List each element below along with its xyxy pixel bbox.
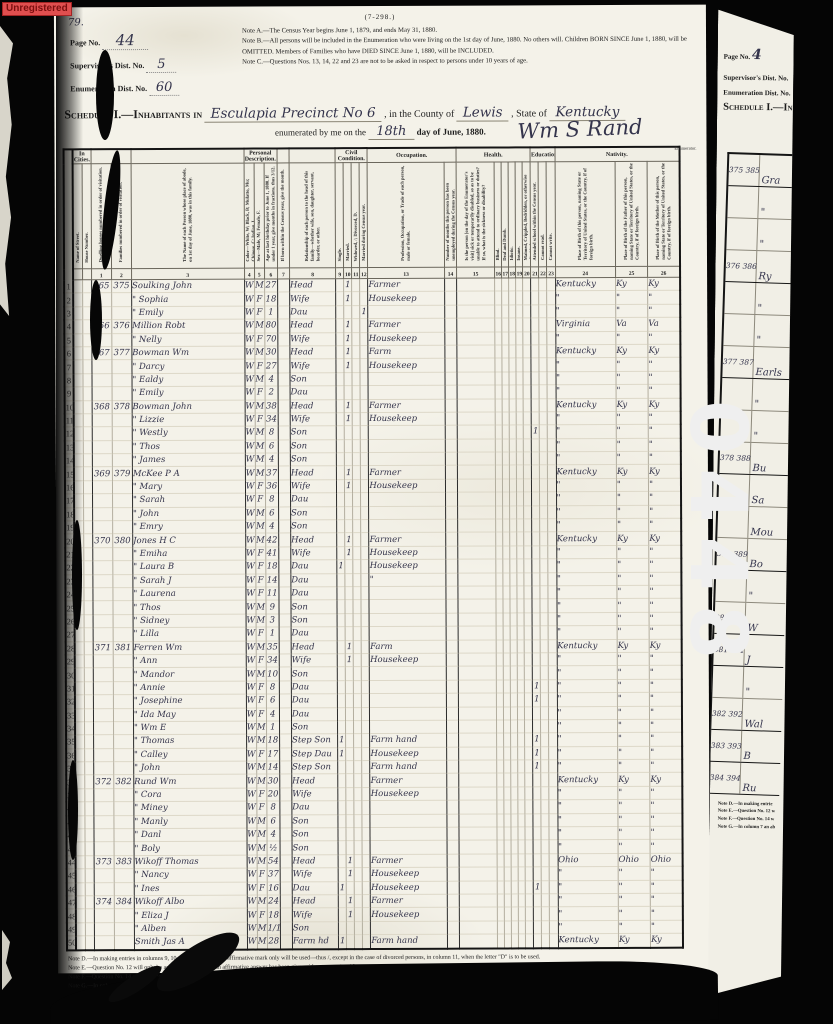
cell-bp: " [556,559,616,573]
unregistered-watermark: Unregistered [2,2,72,16]
cell-age: 38 [265,399,278,412]
cell-write [548,519,556,532]
cell-house [85,936,94,950]
cell-maimed [525,680,533,693]
cell-insane [518,760,525,773]
cell-house [83,387,92,400]
cell-mdy [360,292,368,305]
adjacent-page-header: Page No. 4 Supervisor's Dist. No. Enumer… [717,10,794,102]
adjacent-dwelling-family [726,218,758,250]
cell-occupation [369,586,446,600]
cell-sex: F [255,560,265,573]
cell-sick [457,479,495,493]
cell-dwelling [92,360,112,373]
cell-widowed [353,453,361,466]
cell-sick [458,720,496,734]
cell-month [277,279,289,292]
cell-street [75,748,84,761]
cell-married: 1 [344,319,352,332]
cell-month [278,319,290,332]
cell-sex: F [256,587,266,600]
cell-idiotic [510,613,517,626]
cell-insane [517,452,524,465]
cell-married [346,774,354,787]
cell-married: 1 [346,895,354,908]
cell-dwelling [92,373,112,386]
group-personal: Personal Description. [244,148,277,163]
cell-single [338,721,346,734]
cell-single [336,359,344,372]
cell-fbp: " [618,746,650,760]
cell-deaf [504,693,511,706]
cell-month [279,748,291,761]
cell-age: 8 [265,493,278,506]
cell-sick [457,345,495,359]
cell-widowed [354,707,362,720]
cell-age: 6 [267,815,280,828]
cell-insane [519,934,526,948]
cell-sick [457,452,495,466]
cell-write [548,412,556,425]
cell-blind [497,907,504,920]
cell-age: 6 [265,507,278,520]
cell-school [534,934,542,948]
cell-deaf [504,760,511,773]
cell-idiotic [509,358,516,371]
cell-name: " Ann [133,654,246,668]
cell-maimed [524,532,532,545]
cell-house [85,923,94,936]
cell-month [280,828,292,841]
cell-mdy [361,533,369,546]
page-no-label: Page No. [70,38,100,47]
cell-school [533,773,541,786]
adjacent-dwelling-family [723,314,755,346]
cell-mdy [360,319,368,332]
cell-house [84,655,93,668]
line-number: 48 [67,909,76,922]
cell-mdy [362,814,370,827]
cell-house [84,601,93,614]
col-header-house: House Number. [82,164,92,269]
cell-write [548,559,556,572]
cell-school: 1 [533,733,541,746]
cell-name: " Ida May [133,708,246,722]
cell-unemployed [446,653,458,666]
cell-blind [496,492,503,505]
cell-color: W [246,708,256,721]
cell-bp: " [558,867,618,881]
cell-house [83,360,92,373]
cell-maimed [525,813,533,826]
cell-married: 1 [344,332,352,345]
cell-read [540,479,548,492]
cell-street [73,293,82,306]
cell-idiotic [510,532,517,545]
cell-maimed [524,452,532,465]
cell-dwelling [93,588,113,601]
cell-insane [518,854,525,867]
cell-bp: " [555,358,615,372]
cell-insane [516,291,523,304]
cell-month [279,707,291,720]
cell-single [336,319,344,332]
cell-unemployed [445,519,457,532]
cell-sex: F [256,788,266,801]
cell-blind [495,278,502,291]
cell-blind [496,666,503,679]
cell-single [337,600,345,613]
cell-idiotic [510,479,517,492]
cell-occupation: Farmer [369,533,446,547]
cell-blind [497,894,504,907]
cell-maimed [523,318,531,331]
cell-maimed [525,867,533,880]
cell-house [82,347,91,360]
cell-school [531,291,539,304]
cell-fbp: " [618,800,650,814]
cell-write [547,305,555,318]
cell-house [83,521,92,534]
cell-sick [457,439,495,453]
cell-sick [459,814,497,828]
cell-blind [497,827,504,840]
col-header-name: The Name of each Person whose place of a… [131,163,244,268]
cell-family: 376 [112,320,132,333]
cell-maimed [524,492,532,505]
cell-single [337,640,345,653]
cell-read [541,706,549,719]
cell-blind [496,680,503,693]
cell-idiotic [510,626,517,639]
cell-school [532,559,540,572]
cell-write [549,733,557,746]
cell-fbp: Ky [616,344,648,358]
cell-sex: F [255,413,265,426]
cell-read [540,599,548,612]
cell-sick [459,773,497,787]
cell-unemployed [446,626,458,639]
cell-mbp: " [648,291,680,305]
cell-deaf [502,318,509,331]
cell-write [549,706,557,719]
cell-relation: Head [291,533,337,547]
adjacent-page-notes: Note D.—In making entrieNote E.—Question… [710,794,786,831]
group-civil: Civil Condition. [335,148,367,163]
cell-color: W [245,533,255,546]
adjacent-row: " [727,186,794,220]
cell-read [541,760,549,773]
adjacent-dwelling-family: 383 393 [710,729,742,761]
cell-school [532,505,540,518]
cell-maimed [524,519,532,532]
cell-maimed [524,425,532,438]
cell-widowed [352,332,360,345]
cell-street [74,534,83,547]
adjacent-name-fragment: " [755,303,794,315]
cell-occupation: Farmer [368,399,445,413]
cell-family [112,494,132,507]
cell-sex: F [256,681,266,694]
cell-insane [517,532,524,545]
cell-unemployed [447,908,459,921]
cell-blind [497,787,504,800]
cell-write [549,639,557,652]
cell-occupation [370,693,447,707]
cell-street [74,574,83,587]
cell-occupation [369,426,446,440]
cell-dwelling [94,815,114,828]
cell-street [73,307,82,320]
cell-bp: " [557,786,617,800]
cell-bp: " [558,920,618,934]
cell-school [532,465,540,478]
cell-school [532,599,540,612]
cell-family [113,708,133,721]
cell-color: W [245,373,255,386]
cell-married [345,506,353,519]
cell-bp: Virginia [555,318,615,332]
cell-bp: " [557,813,617,827]
cell-month [279,721,291,734]
cell-house [83,427,92,440]
cell-age: 2 [265,386,278,399]
cell-blind [496,626,503,639]
cell-relation: Son [290,426,336,440]
adjacent-dwelling-family [724,282,756,314]
cell-fbp: " [618,893,650,907]
cell-fbp: " [616,411,648,425]
cell-blind [495,425,502,438]
cell-write [549,800,557,813]
cell-family [112,454,132,467]
group-nativity: Nativity. [555,147,680,162]
cell-read [542,921,550,934]
cell-occupation [369,452,446,466]
cell-deaf [502,305,509,318]
cell-dwelling [93,708,113,721]
adjacent-name-fragment: " [757,239,794,251]
cell-age: 80 [264,319,277,332]
cell-house [84,722,93,735]
cell-street [75,641,84,654]
cell-read [540,398,548,411]
cell-widowed [352,305,360,318]
rp-supervisor-label: Supervisor's Dist. No. [723,70,793,86]
cell-house [85,869,94,882]
adjacent-dwelling-family: 375 385 [728,154,760,186]
cell-read [539,358,547,371]
cell-married: 1 [345,466,353,479]
line-number: 18 [65,507,74,520]
cell-month [278,399,290,412]
group-health: Health. [456,147,531,162]
cell-single [336,279,344,292]
cell-widowed [354,814,362,827]
cell-street [74,387,83,400]
cell-month [278,480,290,493]
line-number: 35 [66,735,75,748]
cell-relation: Head [292,854,338,868]
cell-name: " Emily [132,386,245,400]
col-header-color: Color—White, W; Black, B; Mulatto, Mu; C… [244,163,255,268]
cell-unemployed [445,492,457,505]
cell-unemployed [447,921,459,934]
cell-idiotic [511,814,518,827]
cell-name: " Emry [133,520,246,534]
cell-blind [495,372,502,385]
cell-insane [517,639,524,652]
cell-dwelling [92,481,112,494]
cell-name: " Emily [132,306,245,320]
cell-deaf [503,452,510,465]
cell-blind [496,586,503,599]
cell-write [549,760,557,773]
cell-school [532,532,540,545]
cell-widowed [354,747,362,760]
cell-widowed [352,292,360,305]
enumeration-value: 60 [149,80,179,96]
cell-mdy [362,653,370,666]
cell-school [531,345,539,358]
cell-fbp: " [616,492,648,506]
cell-idiotic [509,318,516,331]
cell-fbp: " [617,572,649,586]
cell-read [541,653,549,666]
cell-name: " Mary [132,480,245,494]
cell-school: 1 [533,746,541,759]
cell-maimed [523,278,531,291]
line-number: 49 [67,923,76,936]
cell-dwelling: 368 [92,400,112,413]
cell-widowed [355,908,363,921]
form-number: (7-298.) [54,5,706,23]
col-header-month: If born within the Census year, give the… [277,163,290,268]
line-number: 50 [67,936,76,950]
cell-street [75,668,84,681]
cell-occupation [370,680,447,694]
cell-mdy [361,640,369,653]
cell-relation: Wife [291,547,337,561]
cell-unemployed [447,854,459,867]
cell-deaf [504,881,511,894]
cell-sex: F [256,654,266,667]
cell-idiotic [509,345,516,358]
cell-fbp: Ky [618,933,650,947]
cell-married [346,721,354,734]
cell-mbp: " [648,384,680,398]
cell-month [278,520,290,533]
cell-relation: Step Son [291,734,337,748]
cell-maimed [525,706,533,719]
cell-blind [496,599,503,612]
supervisor-value: 5 [146,57,176,73]
col-header-sick: Is the person [on the day of the Enumera… [456,162,495,267]
cell-school [533,800,541,813]
cell-sex: F [256,627,266,640]
cell-single: 1 [339,935,347,949]
cell-month [278,306,290,319]
cell-read [542,907,550,920]
cell-mdy [361,546,369,559]
cell-mbp: " [650,759,682,773]
cell-school [533,840,541,853]
cell-month [279,614,291,627]
cell-street [76,869,85,882]
cell-married [346,841,354,854]
cell-sick [459,934,497,948]
cell-widowed [353,654,361,667]
cell-mbp: " [650,719,682,733]
cell-write [548,385,556,398]
cell-widowed [352,386,360,399]
cell-widowed [352,399,360,412]
cell-idiotic [511,706,518,719]
cell-sex: M [255,373,265,386]
cell-family: 382 [114,775,134,788]
cell-idiotic [509,278,516,291]
cell-age: 17 [266,748,279,761]
line-number: 19 [65,521,74,534]
cell-bp: " [557,800,617,814]
cell-house [82,293,91,306]
cell-occupation [370,827,447,841]
cell-bp: " [557,666,617,680]
cell-married [346,734,354,747]
cell-married [345,439,353,452]
cell-color: W [246,587,256,600]
cell-married [344,426,352,439]
cell-dwelling [92,414,112,427]
line-number: 10 [65,400,74,413]
adjacent-row: 383 393B [710,729,781,763]
cell-write [548,532,556,545]
cell-write [550,894,558,907]
cell-house [85,815,94,828]
cell-street [76,842,85,855]
cell-widowed [352,279,360,292]
cell-school [532,613,540,626]
cell-read [541,827,549,840]
cell-widowed [352,346,360,359]
cell-relation: Wife [290,332,336,346]
cell-name: Wikoff Thomas [134,855,247,869]
cell-sick [458,733,496,747]
cell-blind [495,291,502,304]
cell-married: 1 [345,654,353,667]
cell-house [84,735,93,748]
cell-write [550,880,558,893]
cell-maimed [524,559,532,572]
cell-color: W [247,828,257,841]
group-in-cities: In Cities. [73,149,91,164]
cell-bp: " [555,291,615,305]
cell-mdy [362,667,370,680]
cell-street [75,762,84,775]
line-number: 28 [66,641,75,654]
cell-house [85,909,94,922]
cell-unemployed [446,600,458,613]
cell-dwelling [93,601,113,614]
cell-family [112,480,132,493]
cell-write [548,505,556,518]
cell-house [84,748,93,761]
cell-read [541,626,549,639]
cell-mdy [362,868,370,881]
cell-mdy [360,346,368,359]
cell-relation: Dau [291,560,337,574]
group-name [131,149,244,164]
